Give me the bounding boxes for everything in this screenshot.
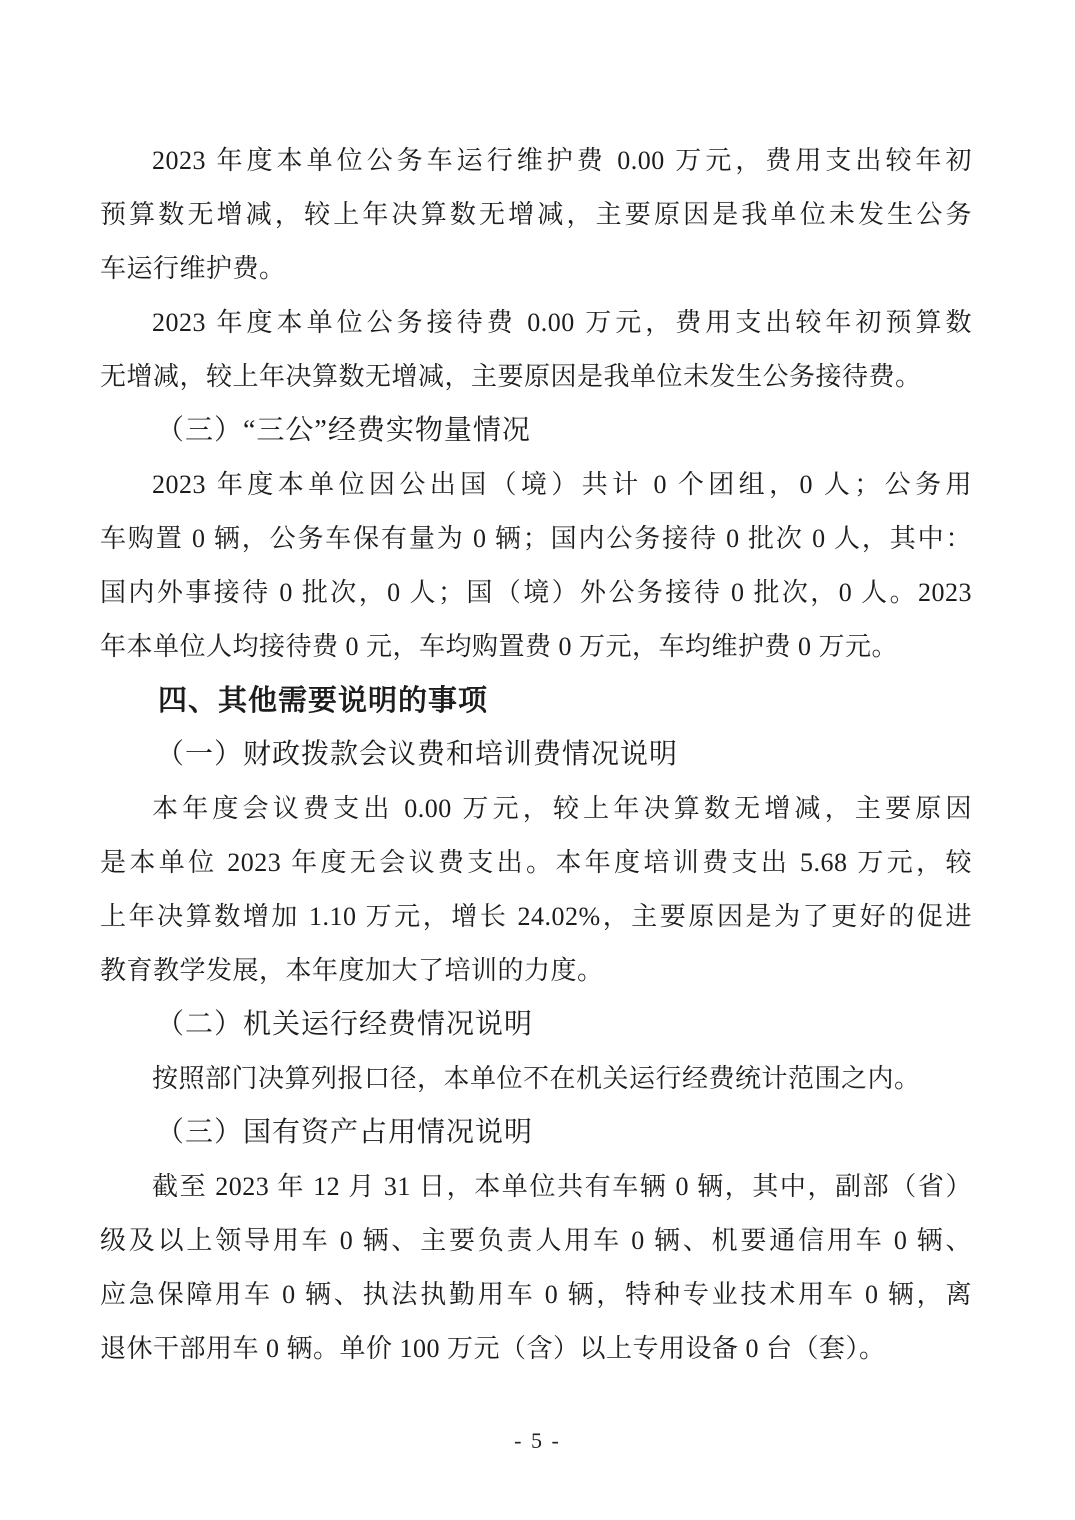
text-line: 教育教学发展，本年度加大了培训的力度。 xyxy=(100,944,972,998)
section-heading: 四、其他需要说明的事项 xyxy=(100,674,972,728)
paragraph: 2023 年度本单位公务接待费 0.00 万元，费用支出较年初预算数无增减，较上… xyxy=(100,296,972,404)
text-line: 车购置 0 辆，公务车保有量为 0 辆；国内公务接待 0 批次 0 人，其中： xyxy=(100,512,972,566)
text-line: 国内外事接待 0 批次，0 人；国（境）外公务接待 0 批次，0 人。2023 xyxy=(100,566,972,620)
paragraph: 按照部门决算列报口径，本单位不在机关运行经费统计范围之内。 xyxy=(100,1052,972,1106)
sub-heading: （一）财政拨款会议费和培训费情况说明 xyxy=(100,728,972,782)
sub-heading: （二）机关运行经费情况说明 xyxy=(100,998,972,1052)
text-line: 级及以上领导用车 0 辆、主要负责人用车 0 辆、机要通信用车 0 辆、 xyxy=(100,1214,972,1268)
text-line: （二）机关运行经费情况说明 xyxy=(100,998,972,1052)
text-line: 截至 2023 年 12 月 31 日，本单位共有车辆 0 辆，其中，副部（省） xyxy=(100,1160,972,1214)
text-line: 年本单位人均接待费 0 元，车均购置费 0 万元，车均维护费 0 万元。 xyxy=(100,620,972,674)
paragraph: 截至 2023 年 12 月 31 日，本单位共有车辆 0 辆，其中，副部（省）… xyxy=(100,1160,972,1376)
text-line: 按照部门决算列报口径，本单位不在机关运行经费统计范围之内。 xyxy=(100,1052,972,1106)
text-line: 退休干部用车 0 辆。单价 100 万元（含）以上专用设备 0 台（套）。 xyxy=(100,1322,972,1376)
text-line: 四、其他需要说明的事项 xyxy=(100,674,972,728)
text-line: 车运行维护费。 xyxy=(100,242,972,296)
document-body: 2023 年度本单位公务车运行维护费 0.00 万元，费用支出较年初预算数无增减… xyxy=(100,134,972,1376)
text-line: 上年决算数增加 1.10 万元，增长 24.02%，主要原因是为了更好的促进 xyxy=(100,890,972,944)
sub-heading: （三）“三公”经费实物量情况 xyxy=(100,404,972,458)
text-line: 应急保障用车 0 辆、执法执勤用车 0 辆，特种专业技术用车 0 辆，离 xyxy=(100,1268,972,1322)
paragraph: 2023 年度本单位因公出国（境）共计 0 个团组，0 人；公务用车购置 0 辆… xyxy=(100,458,972,674)
text-line: 2023 年度本单位公务接待费 0.00 万元，费用支出较年初预算数 xyxy=(100,296,972,350)
text-line: 本年度会议费支出 0.00 万元，较上年决算数无增减，主要原因 xyxy=(100,782,972,836)
sub-heading: （三）国有资产占用情况说明 xyxy=(100,1106,972,1160)
paragraph: 本年度会议费支出 0.00 万元，较上年决算数无增减，主要原因是本单位 2023… xyxy=(100,782,972,998)
document-page: 2023 年度本单位公务车运行维护费 0.00 万元，费用支出较年初预算数无增减… xyxy=(0,0,1075,1520)
text-line: 2023 年度本单位公务车运行维护费 0.00 万元，费用支出较年初 xyxy=(100,134,972,188)
text-line: （三）“三公”经费实物量情况 xyxy=(100,404,972,458)
text-line: （一）财政拨款会议费和培训费情况说明 xyxy=(100,728,972,782)
page-number: - 5 - xyxy=(0,1428,1075,1454)
text-line: 无增减，较上年决算数无增减，主要原因是我单位未发生公务接待费。 xyxy=(100,350,972,404)
text-line: 2023 年度本单位因公出国（境）共计 0 个团组，0 人；公务用 xyxy=(100,458,972,512)
text-line: 预算数无增减，较上年决算数无增减，主要原因是我单位未发生公务 xyxy=(100,188,972,242)
text-line: （三）国有资产占用情况说明 xyxy=(100,1106,972,1160)
paragraph: 2023 年度本单位公务车运行维护费 0.00 万元，费用支出较年初预算数无增减… xyxy=(100,134,972,296)
text-line: 是本单位 2023 年度无会议费支出。本年度培训费支出 5.68 万元，较 xyxy=(100,836,972,890)
